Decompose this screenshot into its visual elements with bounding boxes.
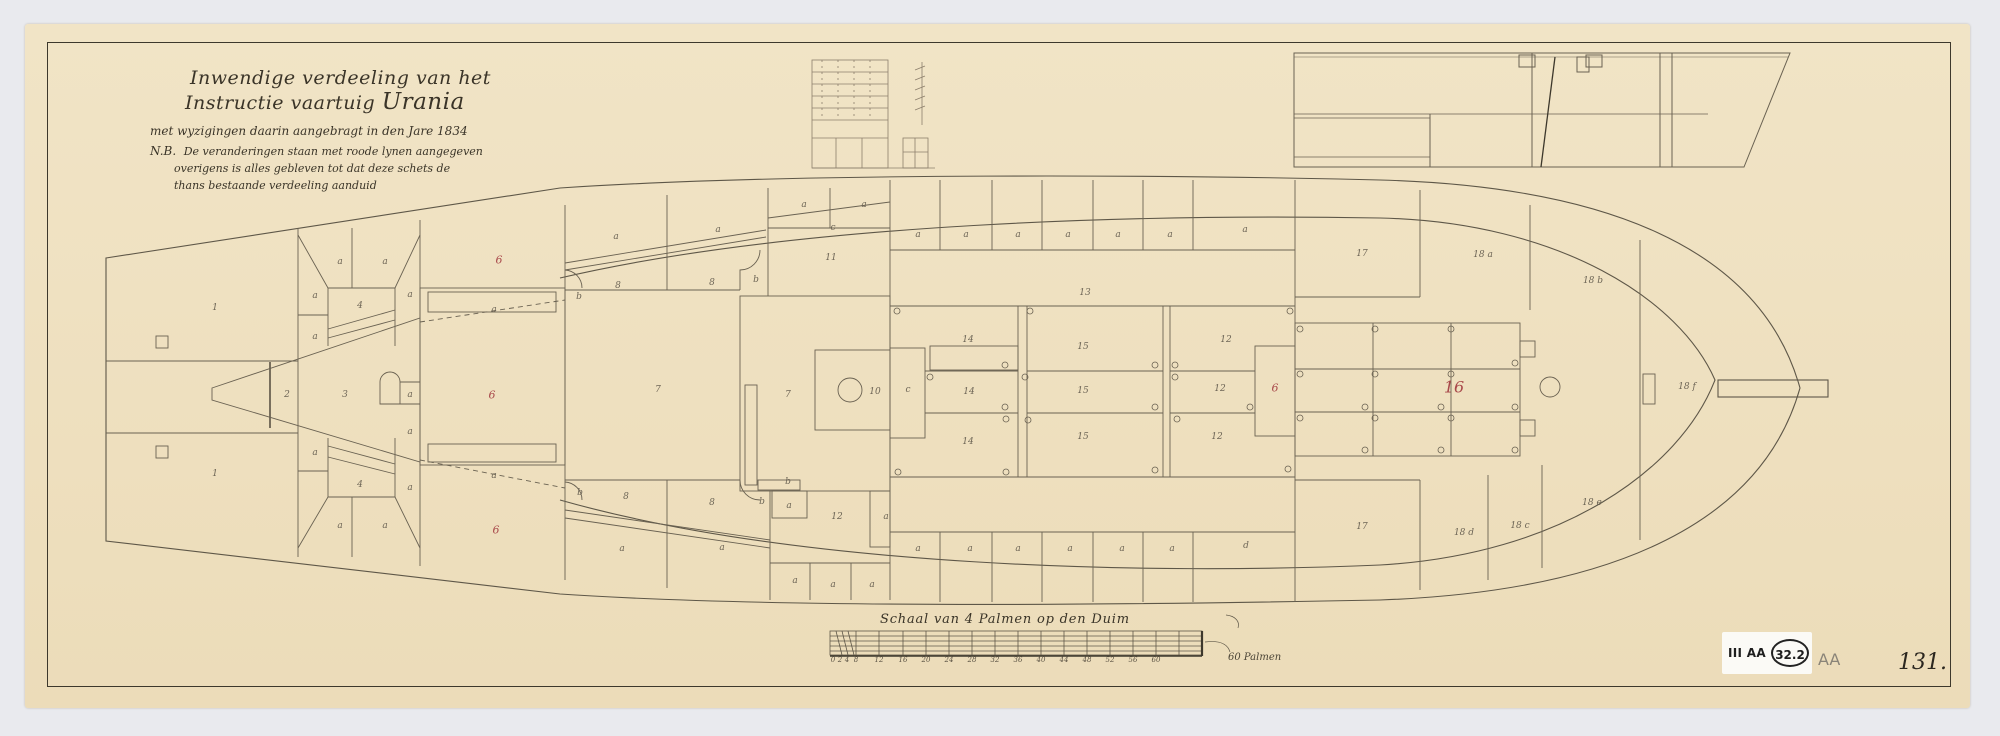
scale-tick-label: 0: [831, 656, 835, 664]
compartment-label: a: [1067, 544, 1072, 554]
compartment-label: a: [1065, 230, 1070, 240]
compartment-label: b: [759, 497, 765, 507]
sheet-number: 131.: [1898, 650, 1947, 675]
nb-line-1: De veranderingen staan met roode lynen a…: [184, 145, 483, 158]
bulkhead-elevation-sketch: [812, 60, 935, 168]
scale-tick-label: 24: [945, 656, 954, 664]
compartment-label: a: [619, 544, 624, 554]
compartment-label: a: [786, 501, 791, 511]
nota-bene: N.B. De veranderingen staan met roode ly…: [150, 143, 530, 194]
scale-tick-label: 32: [991, 656, 1000, 664]
scale-tick-label: 20: [922, 656, 931, 664]
scale-tick-label: 36: [1014, 656, 1023, 664]
compartment-label: a: [337, 521, 342, 531]
compartment-label: 18 b: [1583, 276, 1603, 286]
compartment-label: 12: [1211, 432, 1222, 442]
title-vessel-type: Instructie vaartuig: [185, 92, 375, 114]
nb-line-2: overigens is alles gebleven tot dat deze…: [150, 160, 530, 177]
archive-circled-number: 32.2: [1771, 639, 1809, 667]
compartment-label: a: [407, 390, 412, 400]
compartment-label: a: [407, 483, 412, 493]
scale-tick-label: 12: [875, 656, 884, 664]
scale-tick-label: 28: [968, 656, 977, 664]
compartment-label: 2: [284, 390, 290, 400]
compartment-label: a: [1167, 230, 1172, 240]
compartment-label: a: [801, 200, 806, 210]
compartment-label: 18 f: [1678, 382, 1696, 392]
compartment-label: 1: [212, 303, 218, 313]
compartment-label: a: [407, 427, 412, 437]
compartment-label: a: [491, 305, 496, 315]
compartment-label: a: [869, 580, 874, 590]
title-line-1: Inwendige verdeeling van het: [190, 66, 530, 90]
nb-tag: N.B.: [150, 144, 176, 158]
compartment-label: a: [337, 257, 342, 267]
scale-tick-label: 44: [1060, 656, 1069, 664]
compartment-label: a: [312, 332, 317, 342]
compartment-label: a: [1169, 544, 1174, 554]
compartment-label: 1: [212, 469, 218, 479]
compartment-label: 12: [1214, 384, 1225, 394]
compartment-label: a: [861, 200, 866, 210]
compartment-label: 4: [357, 301, 363, 311]
compartment-label: c: [830, 223, 835, 233]
compartment-label: a: [883, 512, 888, 522]
compartment-label: b: [576, 292, 582, 302]
compartment-label: 15: [1077, 342, 1088, 352]
compartment-label: a: [407, 290, 412, 300]
scale-tick-label: 40: [1037, 656, 1046, 664]
compartment-label: 15: [1077, 432, 1088, 442]
scale-tick-label: 48: [1083, 656, 1092, 664]
compartment-label: a: [915, 230, 920, 240]
compartment-label: 17: [1356, 249, 1367, 259]
compartment-label: a: [1119, 544, 1124, 554]
compartment-label: 8: [615, 281, 621, 291]
compartment-label: a: [1015, 544, 1020, 554]
compartment-label: 6: [493, 524, 500, 537]
compartment-label: c: [905, 385, 910, 395]
compartment-label: 10: [869, 387, 880, 397]
compartment-label: a: [963, 230, 968, 240]
compartment-label: 3: [342, 390, 348, 400]
compartment-label: 18 c: [1510, 521, 1529, 531]
compartment-label: a: [719, 543, 724, 553]
compartment-label: 14: [963, 387, 974, 397]
compartment-label: a: [1015, 230, 1020, 240]
compartment-label: 7: [655, 385, 661, 395]
compartment-label: 6: [489, 389, 496, 402]
ship-name: Urania: [382, 89, 465, 115]
scale-title: Schaal van 4 Palmen op den Duim: [880, 612, 1130, 627]
compartment-label: 18 e: [1582, 498, 1602, 508]
compartment-label: a: [312, 291, 317, 301]
compartment-label: b: [785, 477, 791, 487]
compartment-label: 12: [1220, 335, 1231, 345]
compartment-label: b: [577, 488, 583, 498]
scale-tick-label: 8: [854, 656, 858, 664]
compartment-label: a: [382, 521, 387, 531]
compartment-label: 13: [1079, 288, 1090, 298]
compartment-label: a: [715, 225, 720, 235]
stanchion-markers: [894, 308, 1518, 475]
compartment-label: a: [792, 576, 797, 586]
title-line-2: Instructie vaartuig Urania: [185, 90, 530, 115]
compartment-label: a: [1242, 225, 1247, 235]
compartment-label: 8: [709, 498, 715, 508]
compartment-label: a: [967, 544, 972, 554]
compartment-label: d: [1243, 541, 1249, 551]
nb-line-3: thans bestaande verdeeling aanduid: [150, 177, 530, 194]
compartment-label: 6: [496, 254, 503, 267]
title-block: Inwendige verdeeling van het Instructie …: [150, 66, 530, 194]
compartment-label: 14: [962, 437, 973, 447]
compartment-label: a: [1115, 230, 1120, 240]
compartment-label: a: [830, 580, 835, 590]
compartment-label: a: [312, 448, 317, 458]
compartment-label: 7: [785, 390, 791, 400]
title-modification-note: met wyzigingen daarin aangebragt in den …: [150, 121, 530, 141]
scale-tick-label: 60: [1152, 656, 1161, 664]
longitudinal-section: [1294, 53, 1790, 167]
scale-tick-label: 52: [1106, 656, 1115, 664]
archive-code: III AA: [1728, 646, 1766, 660]
scale-tick-label: 16: [899, 656, 908, 664]
compartment-label: 18 a: [1473, 250, 1493, 260]
compartment-label: 15: [1077, 386, 1088, 396]
compartment-label: 12: [831, 512, 842, 522]
compartment-label: 8: [709, 278, 715, 288]
scale-tick-label: 2: [838, 656, 842, 664]
compartment-label: 17: [1356, 522, 1367, 532]
compartment-label: 6: [1272, 382, 1279, 395]
compartment-label: b: [753, 275, 759, 285]
compartment-label: 4: [357, 480, 363, 490]
compartment-label: a: [491, 471, 496, 481]
pencil-mark: AA: [1818, 650, 1840, 669]
compartment-label: 14: [962, 335, 973, 345]
scale-tick-label: 4: [845, 656, 849, 664]
compartment-label: a: [915, 544, 920, 554]
compartment-label: 16: [1444, 378, 1464, 397]
compartment-label: 18 d: [1454, 528, 1474, 538]
compartment-label: a: [382, 257, 387, 267]
compartment-label: a: [613, 232, 618, 242]
compartment-label: 11: [825, 253, 836, 263]
scale-unit: 60 Palmen: [1228, 652, 1281, 663]
compartment-label: 8: [623, 492, 629, 502]
scale-tick-label: 56: [1129, 656, 1138, 664]
